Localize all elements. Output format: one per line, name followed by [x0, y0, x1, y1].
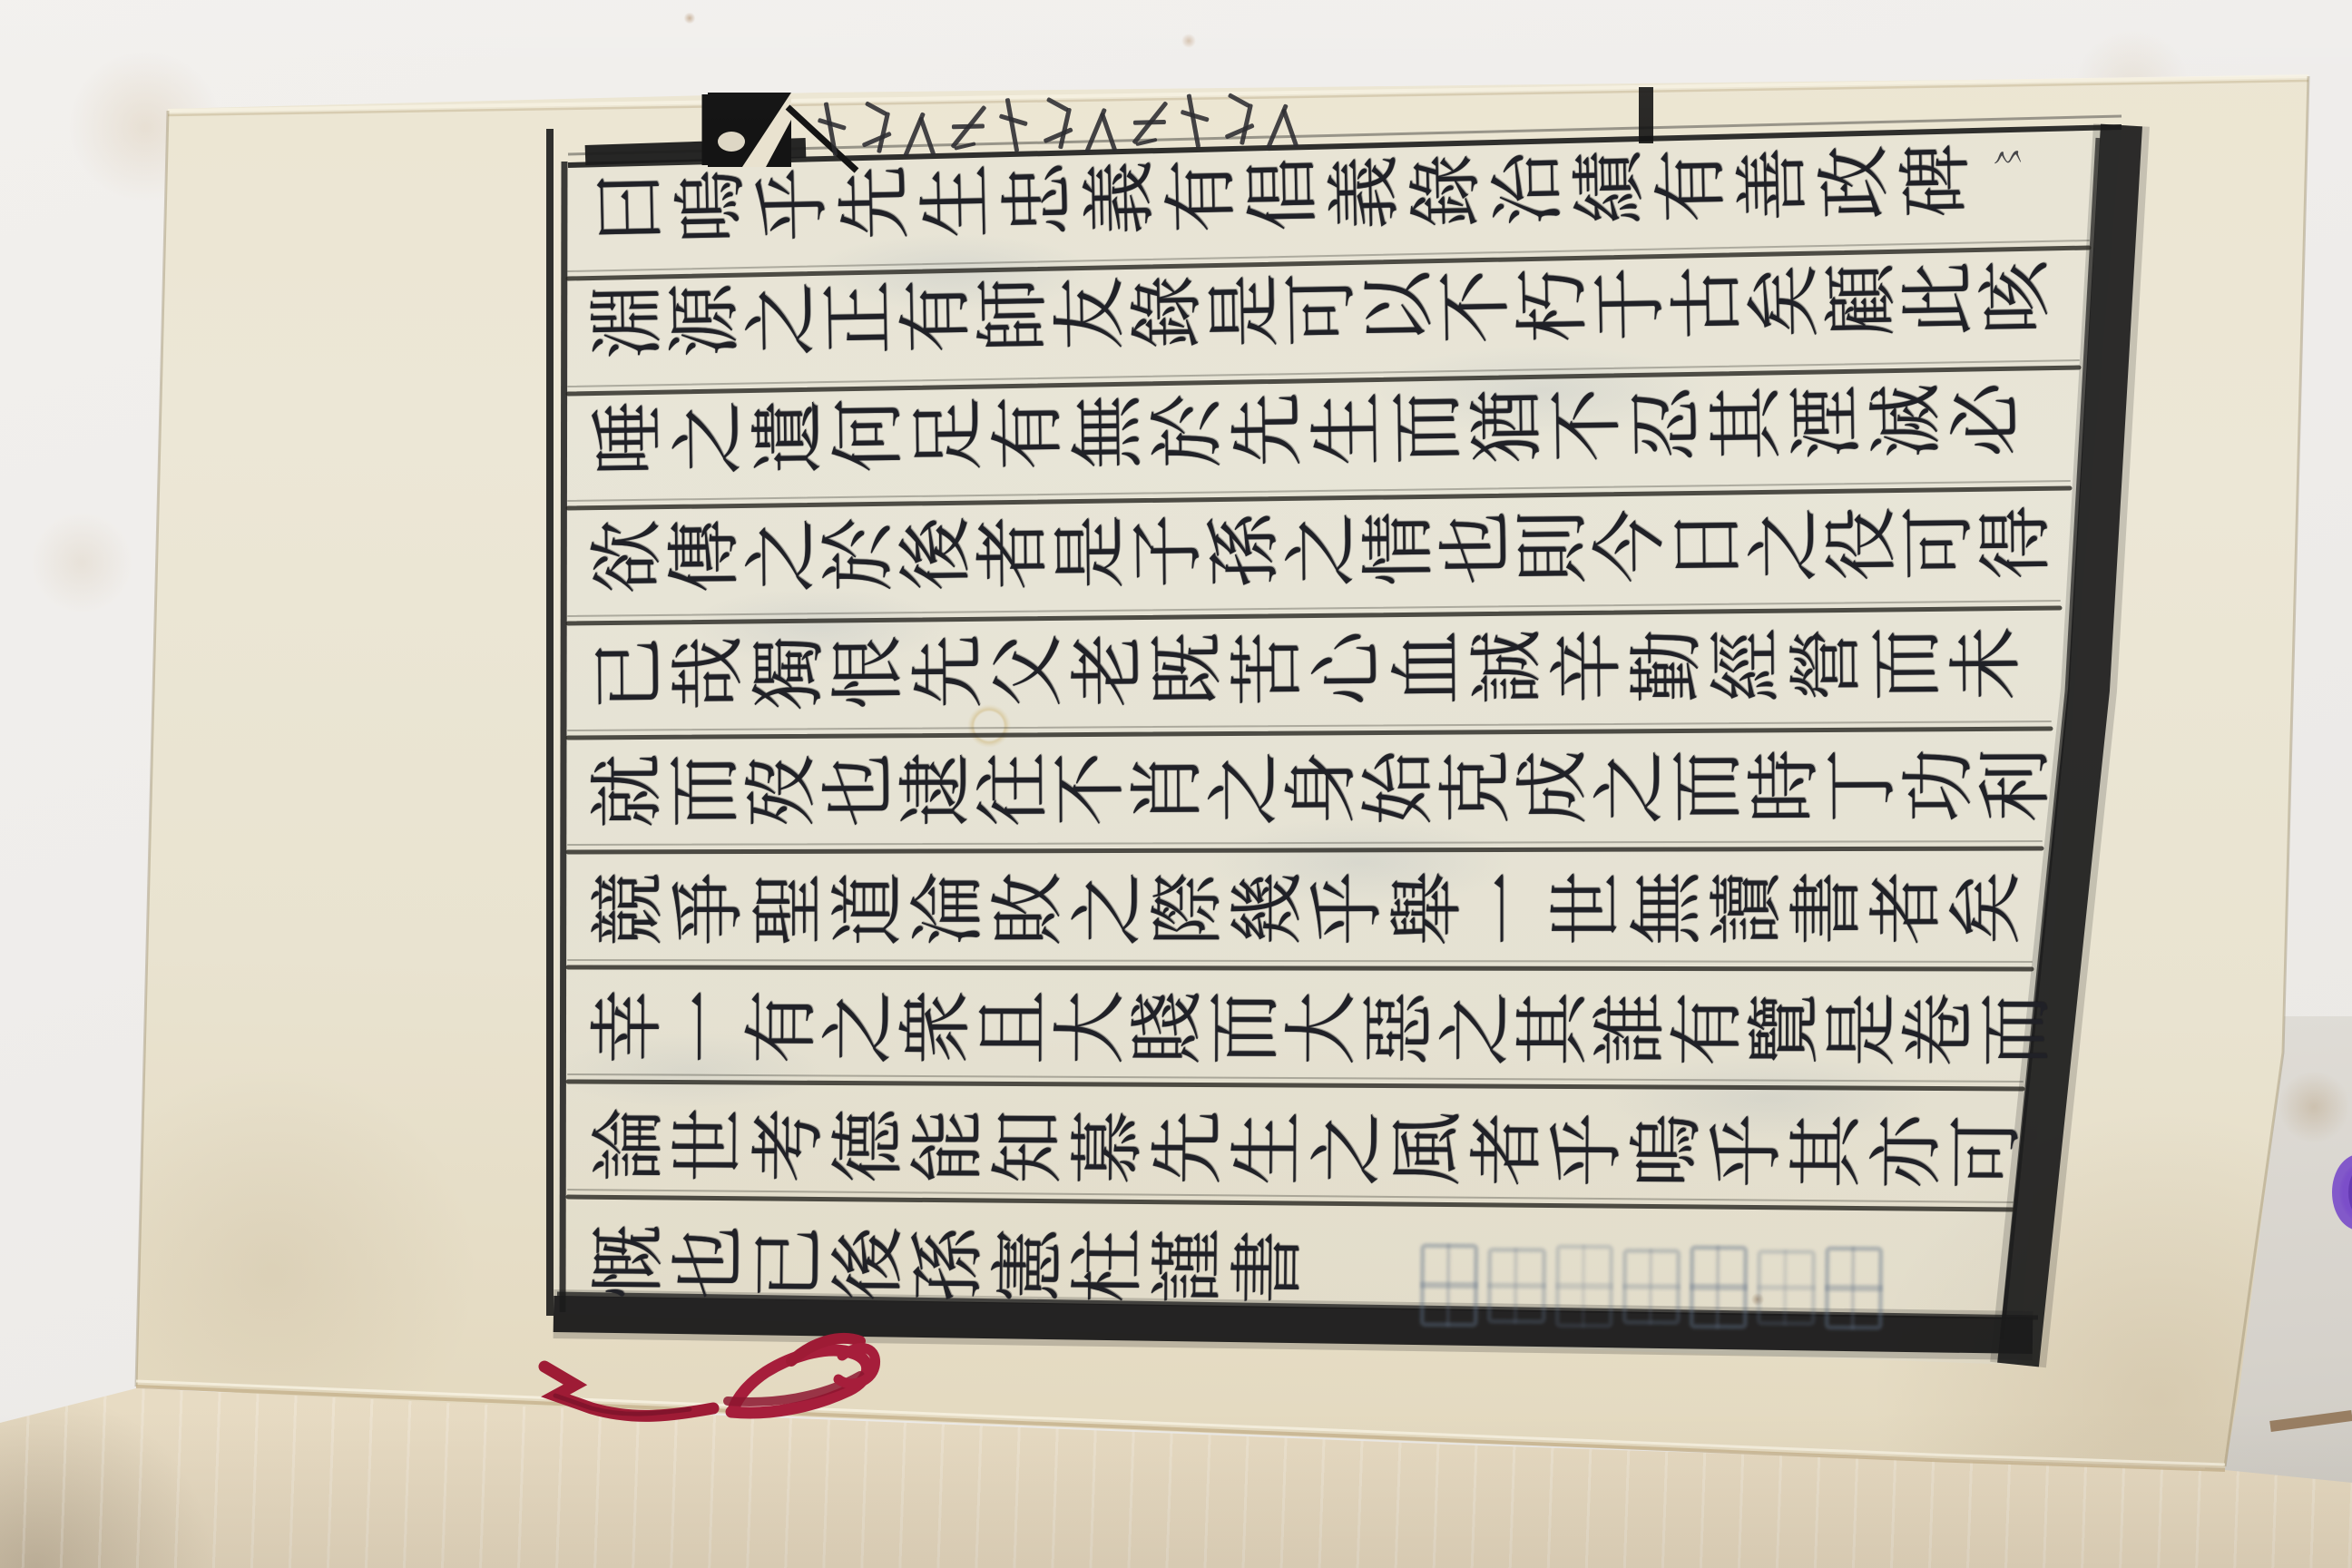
text-column-5: 已哉獨恨先父老既苦心血誠辛勤經營而未 [590, 611, 2028, 727]
text-column-7: 競爭聖道淪敗之際幾乎舉一世無讀書者矣 [590, 856, 2027, 962]
text-column-4-glyphs: 欲傳之於後者是子孫之情也則今日之役可得 [589, 492, 2055, 607]
text-column-8-glyphs: 幸一有之衆且大賤而大惡之其誰有覽是卷而 [590, 976, 2055, 1080]
text-column-6: 就而歿也逮往不肖之身始克成之而時丁功利 [590, 732, 2055, 844]
text-column-9-glyphs: 論世考德能知慕先生之風者乎嗚乎其亦可 [590, 1094, 2028, 1202]
text-column-4: 欲傳之於後者是子孫之情也則今日之役可得 [589, 489, 2055, 610]
text-column-10-glyphs: 慨也已後孫憲柱謹書 [590, 1211, 1309, 1318]
text-column-3: 唾之遺何足有無於先生而猶不忍其湮滅必 [589, 367, 2027, 492]
column-end-mark: 〻 [1983, 142, 2028, 173]
text-column-3-glyphs: 唾之遺何足有無於先生而猶不忍其湮滅必 [589, 369, 2027, 489]
text-column-10: 慨也已後孫憲柱謹書 [589, 1209, 1308, 1320]
text-column-6-glyphs: 就而歿也逮往不肖之身始克成之而時丁功利 [590, 735, 2055, 841]
show-through-ghosts [1420, 1240, 1893, 1334]
text-column-9: 論世考德能知慕先生之風者乎嗚乎其亦可 [590, 1092, 2028, 1205]
text-column-8: 幸一有之衆且大賤而大惡之其誰有覽是卷而 [590, 974, 2055, 1083]
text-column-5-glyphs: 已哉獨恨先父老既苦心血誠辛勤經營而未 [590, 613, 2028, 724]
text-column-7-glyphs: 競爭聖道淪敗之際幾乎舉一世無讀書者矣 [590, 858, 2027, 959]
photograph-of-book-page: 曰嗚乎先生忠義有倡義錄治績有善政碑 〻 淵源之正有師友錄是可以不朽于古矣顧此咳 … [0, 0, 2352, 1568]
